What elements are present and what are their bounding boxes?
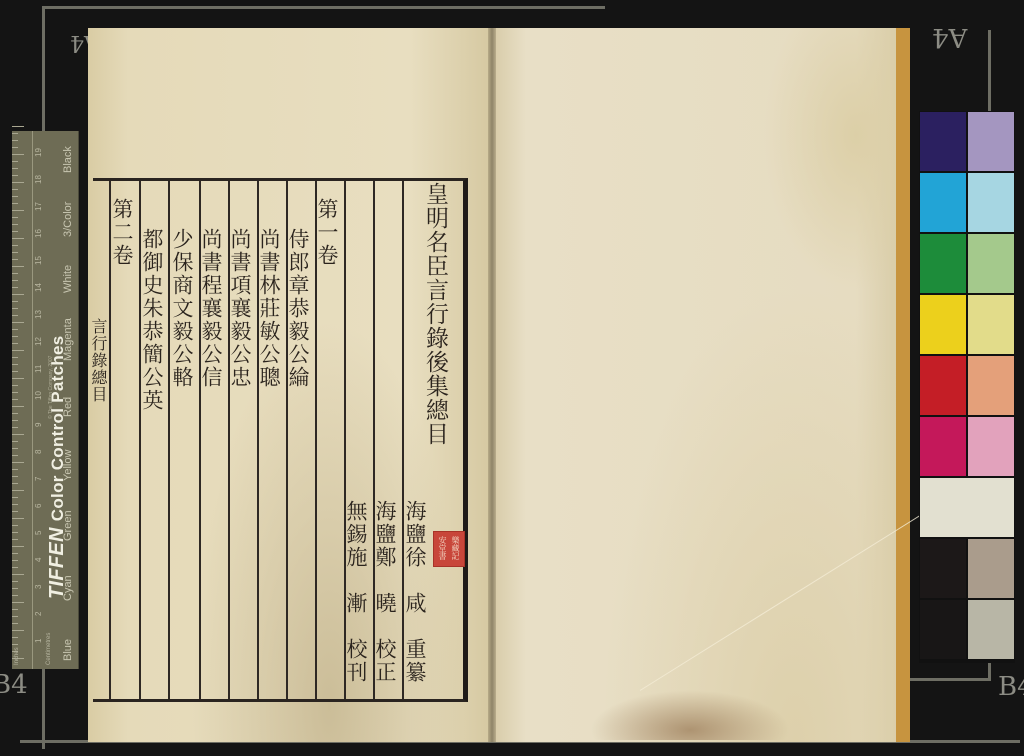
strip-copyright: © The Tiffen Company, 2007 xyxy=(48,356,54,419)
patch-label: Red xyxy=(62,397,74,417)
red-collector-seal: 安 樂 堂 藏 書 記 xyxy=(433,531,465,567)
cm-tick-label: 3 xyxy=(34,585,43,589)
ruler-tick xyxy=(12,140,18,141)
cm-tick-label: 19 xyxy=(34,148,43,157)
color-patch-3-color-light xyxy=(968,539,1014,598)
cm-tick-label: 1 xyxy=(34,639,43,643)
ruler-tick xyxy=(12,588,18,589)
ruler-tick xyxy=(12,455,18,456)
ruler-tick xyxy=(12,315,18,316)
cm-tick-label: 4 xyxy=(34,558,43,562)
patch-label: Yellow xyxy=(62,450,74,481)
corner-label-top-right: A4 xyxy=(932,22,967,52)
ruler-tick xyxy=(12,308,18,309)
patch-label: Cyan xyxy=(62,575,74,601)
ruler-tick xyxy=(12,245,18,246)
cm-tick-label: 16 xyxy=(34,229,43,238)
ruler-tick xyxy=(12,497,18,498)
color-patch-black-dark xyxy=(920,600,966,659)
color-patch-red-light xyxy=(968,356,1014,415)
color-patch-3-color-dark xyxy=(920,539,966,598)
ruler-tick xyxy=(12,266,24,267)
ruler-tick xyxy=(12,357,18,358)
ruler-tick xyxy=(12,420,18,421)
ruler-tick xyxy=(12,546,24,547)
ruler-tick xyxy=(12,553,18,554)
volume-2-heading: 第二卷 xyxy=(111,198,132,267)
ruler-tick xyxy=(12,476,18,477)
right-page xyxy=(494,28,896,742)
ruler-tick xyxy=(12,539,18,540)
volume-1-heading: 第一卷 xyxy=(316,198,337,267)
ruler-tick xyxy=(12,182,24,183)
cm-tick-label: 5 xyxy=(34,531,43,535)
cm-tick-label: 11 xyxy=(34,365,43,373)
color-patch-yellow-light xyxy=(968,295,1014,354)
ruler-tick xyxy=(12,329,18,330)
patch-label: 3/Color xyxy=(62,202,74,237)
color-patch-cyan-dark xyxy=(920,173,966,232)
book-gutter xyxy=(488,28,496,742)
ruler-tick xyxy=(12,343,18,344)
ruler-tick xyxy=(12,413,18,414)
patch-label: Blue xyxy=(62,639,74,661)
ruler-tick xyxy=(12,469,18,470)
ruler-tick xyxy=(12,434,24,435)
book-cover-edge xyxy=(896,28,910,742)
ruler-tick xyxy=(12,448,18,449)
ruler-tick xyxy=(12,560,18,561)
ruler-tick xyxy=(12,280,18,281)
ruler-tick xyxy=(12,441,18,442)
margin-title-text: 言行錄總目 xyxy=(90,318,106,403)
ruler-tick xyxy=(12,203,18,204)
ruler-tick xyxy=(12,133,18,134)
patch-label: Magenta xyxy=(62,318,74,361)
ruler-tick xyxy=(12,490,24,491)
toc-entry: 都御史朱恭簡公英 xyxy=(141,228,162,412)
patch-label-row: Blue Cyan Green Yellow Red Magenta White… xyxy=(62,131,76,669)
color-patch-green-dark xyxy=(920,234,966,293)
color-patch-red-dark xyxy=(920,356,966,415)
patch-label: Black xyxy=(62,146,74,173)
editor-credit: 無錫施 漸 校刊 xyxy=(345,500,366,684)
color-patch-green-light xyxy=(968,234,1014,293)
ruler-tick xyxy=(12,189,18,190)
seal-char: 記 xyxy=(449,553,462,561)
ruler-tick xyxy=(12,630,24,631)
ruler-tick xyxy=(12,294,24,295)
color-patch-chart xyxy=(919,111,1015,663)
toc-entry: 尚書項襄毅公忠 xyxy=(229,228,250,389)
color-patch-cyan-light xyxy=(968,173,1014,232)
units-label-cm: Centimetres xyxy=(46,633,52,665)
color-patch-black-light xyxy=(968,600,1014,659)
ruler-tick xyxy=(12,196,18,197)
ruler-tick xyxy=(12,644,18,645)
ruler-tick xyxy=(12,427,18,428)
ruler-tick xyxy=(12,399,18,400)
color-patch-magenta-dark xyxy=(920,417,966,476)
ruler-tick xyxy=(12,238,24,239)
toc-entry: 尚書程襄毅公信 xyxy=(200,228,221,389)
ruler-tick xyxy=(12,287,18,288)
ruler-tick xyxy=(12,392,18,393)
cm-tick-label: 13 xyxy=(34,310,43,319)
units-label-inches: Inches xyxy=(14,647,20,665)
ruler-tick xyxy=(12,483,18,484)
ruler-tick xyxy=(12,126,24,127)
toc-entry: 侍郎章恭毅公綸 xyxy=(287,228,308,389)
ruler-tick xyxy=(12,175,18,176)
ruler-tick xyxy=(12,273,18,274)
ruler-tick xyxy=(12,364,18,365)
editor-credit: 海鹽鄭 曉 校正 xyxy=(374,500,395,684)
cm-tick-label: 10 xyxy=(34,391,43,400)
ruler-tick xyxy=(12,259,18,260)
cm-tick-label: 8 xyxy=(34,450,43,454)
ruler-tick xyxy=(12,616,18,617)
seal-char: 書 xyxy=(436,553,449,561)
color-patch-yellow-dark xyxy=(920,295,966,354)
ruler-tick xyxy=(12,595,18,596)
ruler-tick xyxy=(12,504,18,505)
tiffen-strip-content: Inches Centimetres TIFFENColor Control P… xyxy=(12,131,78,669)
ruler-tick xyxy=(12,210,24,211)
color-patch-blue-dark xyxy=(920,112,966,171)
ruler-tick xyxy=(12,350,24,351)
editor-credit: 海鹽徐 咸 重纂 xyxy=(404,500,425,684)
cm-tick-label: 2 xyxy=(34,612,43,616)
color-patch-magenta-light xyxy=(968,417,1014,476)
ruler-tick xyxy=(12,518,24,519)
water-damage-stain xyxy=(590,690,790,740)
document-title: 皇明名臣言行錄後集總目 xyxy=(423,182,446,446)
patch-label: White xyxy=(62,265,74,293)
cm-tick-label: 9 xyxy=(34,423,43,427)
cm-tick-label: 6 xyxy=(34,504,43,508)
ruler-tick xyxy=(12,147,18,148)
ruler-tick xyxy=(12,322,24,323)
ruler-tick xyxy=(12,574,24,575)
corner-label-bottom-right: B4 xyxy=(998,672,1024,702)
cm-tick-label: 18 xyxy=(34,175,43,184)
ruler-tick xyxy=(12,224,18,225)
ruler-tick xyxy=(12,567,18,568)
ruler-tick xyxy=(12,154,24,155)
ruler-tick xyxy=(12,161,18,162)
ruler-tick xyxy=(12,168,18,169)
toc-entry: 少保商文毅公輅 xyxy=(171,228,192,389)
cm-tick-label: 14 xyxy=(34,283,43,292)
ruler-tick xyxy=(12,637,18,638)
ruler xyxy=(12,131,33,669)
ruler-tick xyxy=(12,581,18,582)
ruler-tick xyxy=(12,462,24,463)
cm-tick-label: 17 xyxy=(34,202,43,211)
cm-tick-label: 7 xyxy=(34,477,43,481)
ruler-tick xyxy=(12,378,24,379)
ruler-tick xyxy=(12,252,18,253)
color-patch-white xyxy=(920,478,1014,537)
corner-label-bottom-left: B4 xyxy=(0,670,28,700)
ruler-tick xyxy=(12,301,18,302)
toc-entry: 尚書林莊敏公聰 xyxy=(258,228,279,389)
ruler-tick xyxy=(12,609,18,610)
ruler-tick xyxy=(12,336,18,337)
ruler-tick xyxy=(12,217,18,218)
ruler-tick xyxy=(12,231,18,232)
ruler-tick xyxy=(12,371,18,372)
color-patch-blue-light xyxy=(968,112,1014,171)
ruler-tick xyxy=(12,385,18,386)
cm-tick-label: 15 xyxy=(34,256,43,265)
ruler-tick xyxy=(12,511,18,512)
patch-label: Green xyxy=(62,510,74,541)
ruler-tick xyxy=(12,602,24,603)
ruler-tick xyxy=(12,406,24,407)
tiffen-color-strip: Inches Centimetres TIFFENColor Control P… xyxy=(12,131,79,669)
ruler-tick xyxy=(12,623,18,624)
cm-tick-label: 12 xyxy=(34,337,43,346)
ruler-tick xyxy=(12,532,18,533)
ruler-tick xyxy=(12,525,18,526)
